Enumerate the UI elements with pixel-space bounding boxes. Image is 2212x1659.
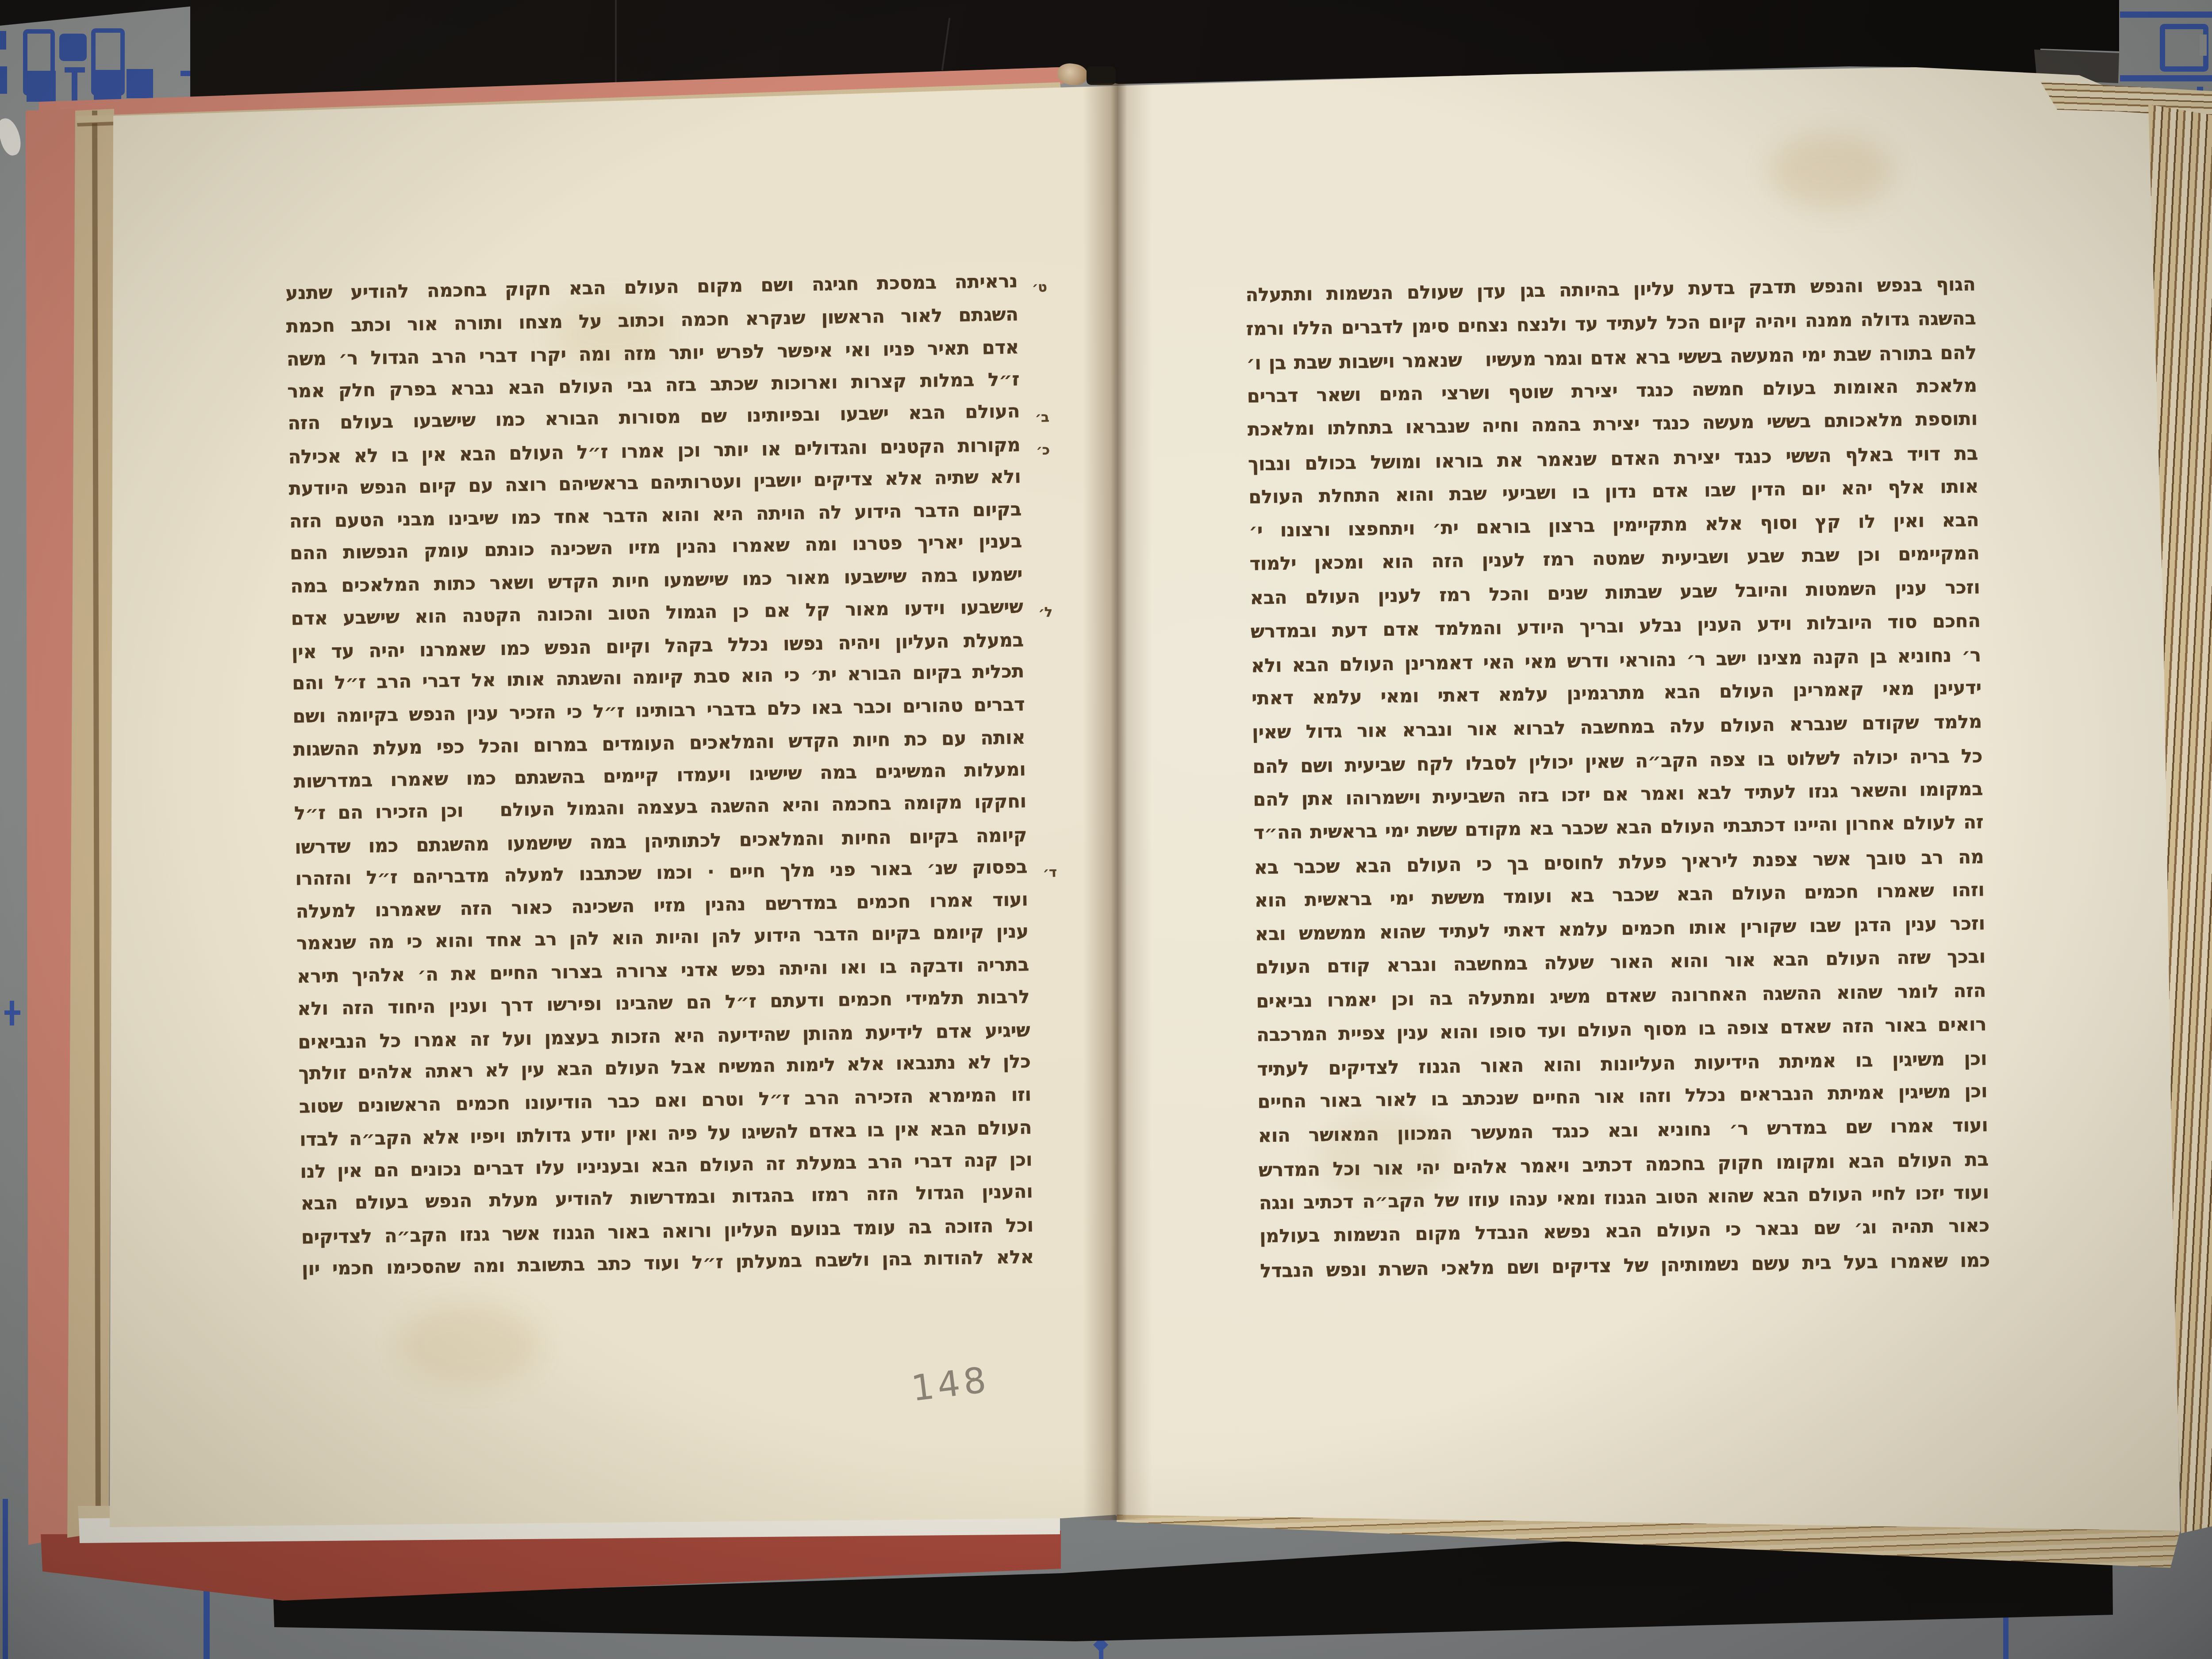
stain [398,1305,540,1385]
calibration-square [27,71,56,102]
gutter-gap [1087,66,1116,85]
manuscript-photo: נראיתה במסכת חגיגה ושם מקום העולם הבא חק… [0,0,2212,1659]
margin-mark: ד׳ [1043,856,1057,889]
stain [1770,133,1893,208]
calibration-square [0,31,6,50]
calibration-square [59,34,87,61]
pencil-dot [972,1378,975,1382]
left-page-lines: נראיתה במסכת חגיגה ושם מקום העולם הבא חק… [285,265,1034,1286]
calibration-line [2120,12,2212,18]
registration-cross [4,1010,20,1015]
board-seam [615,0,617,95]
right-page-text: הגוף בנפש והנפש תדבק בדעת עליון בהיותה ב… [1245,268,1990,1287]
right-page-lines: הגוף בנפש והנפש תדבק בדעת עליון בהיותה ב… [1245,268,1990,1287]
margin-mark: ב׳ [1035,401,1049,434]
margin-mark: כ׳ [1036,434,1050,466]
calibration-square [0,66,7,94]
margin-mark: ל׳ [1038,596,1053,629]
grid-line [3,1499,8,1659]
left-page-text: נראיתה במסכת חגיגה ושם מקום העולם הבא חק… [285,265,1034,1286]
margin-mark: ט׳ [1032,271,1048,304]
calibration-glyph-gap [2200,35,2207,56]
grid-line [2003,1615,2008,1659]
calibration-square [94,70,121,102]
calibration-glyph-t [72,67,77,102]
calibration-line [2120,75,2212,81]
headcap-torn [0,116,24,157]
gutter-shadow [1083,83,1152,1520]
calibration-square [127,69,153,98]
